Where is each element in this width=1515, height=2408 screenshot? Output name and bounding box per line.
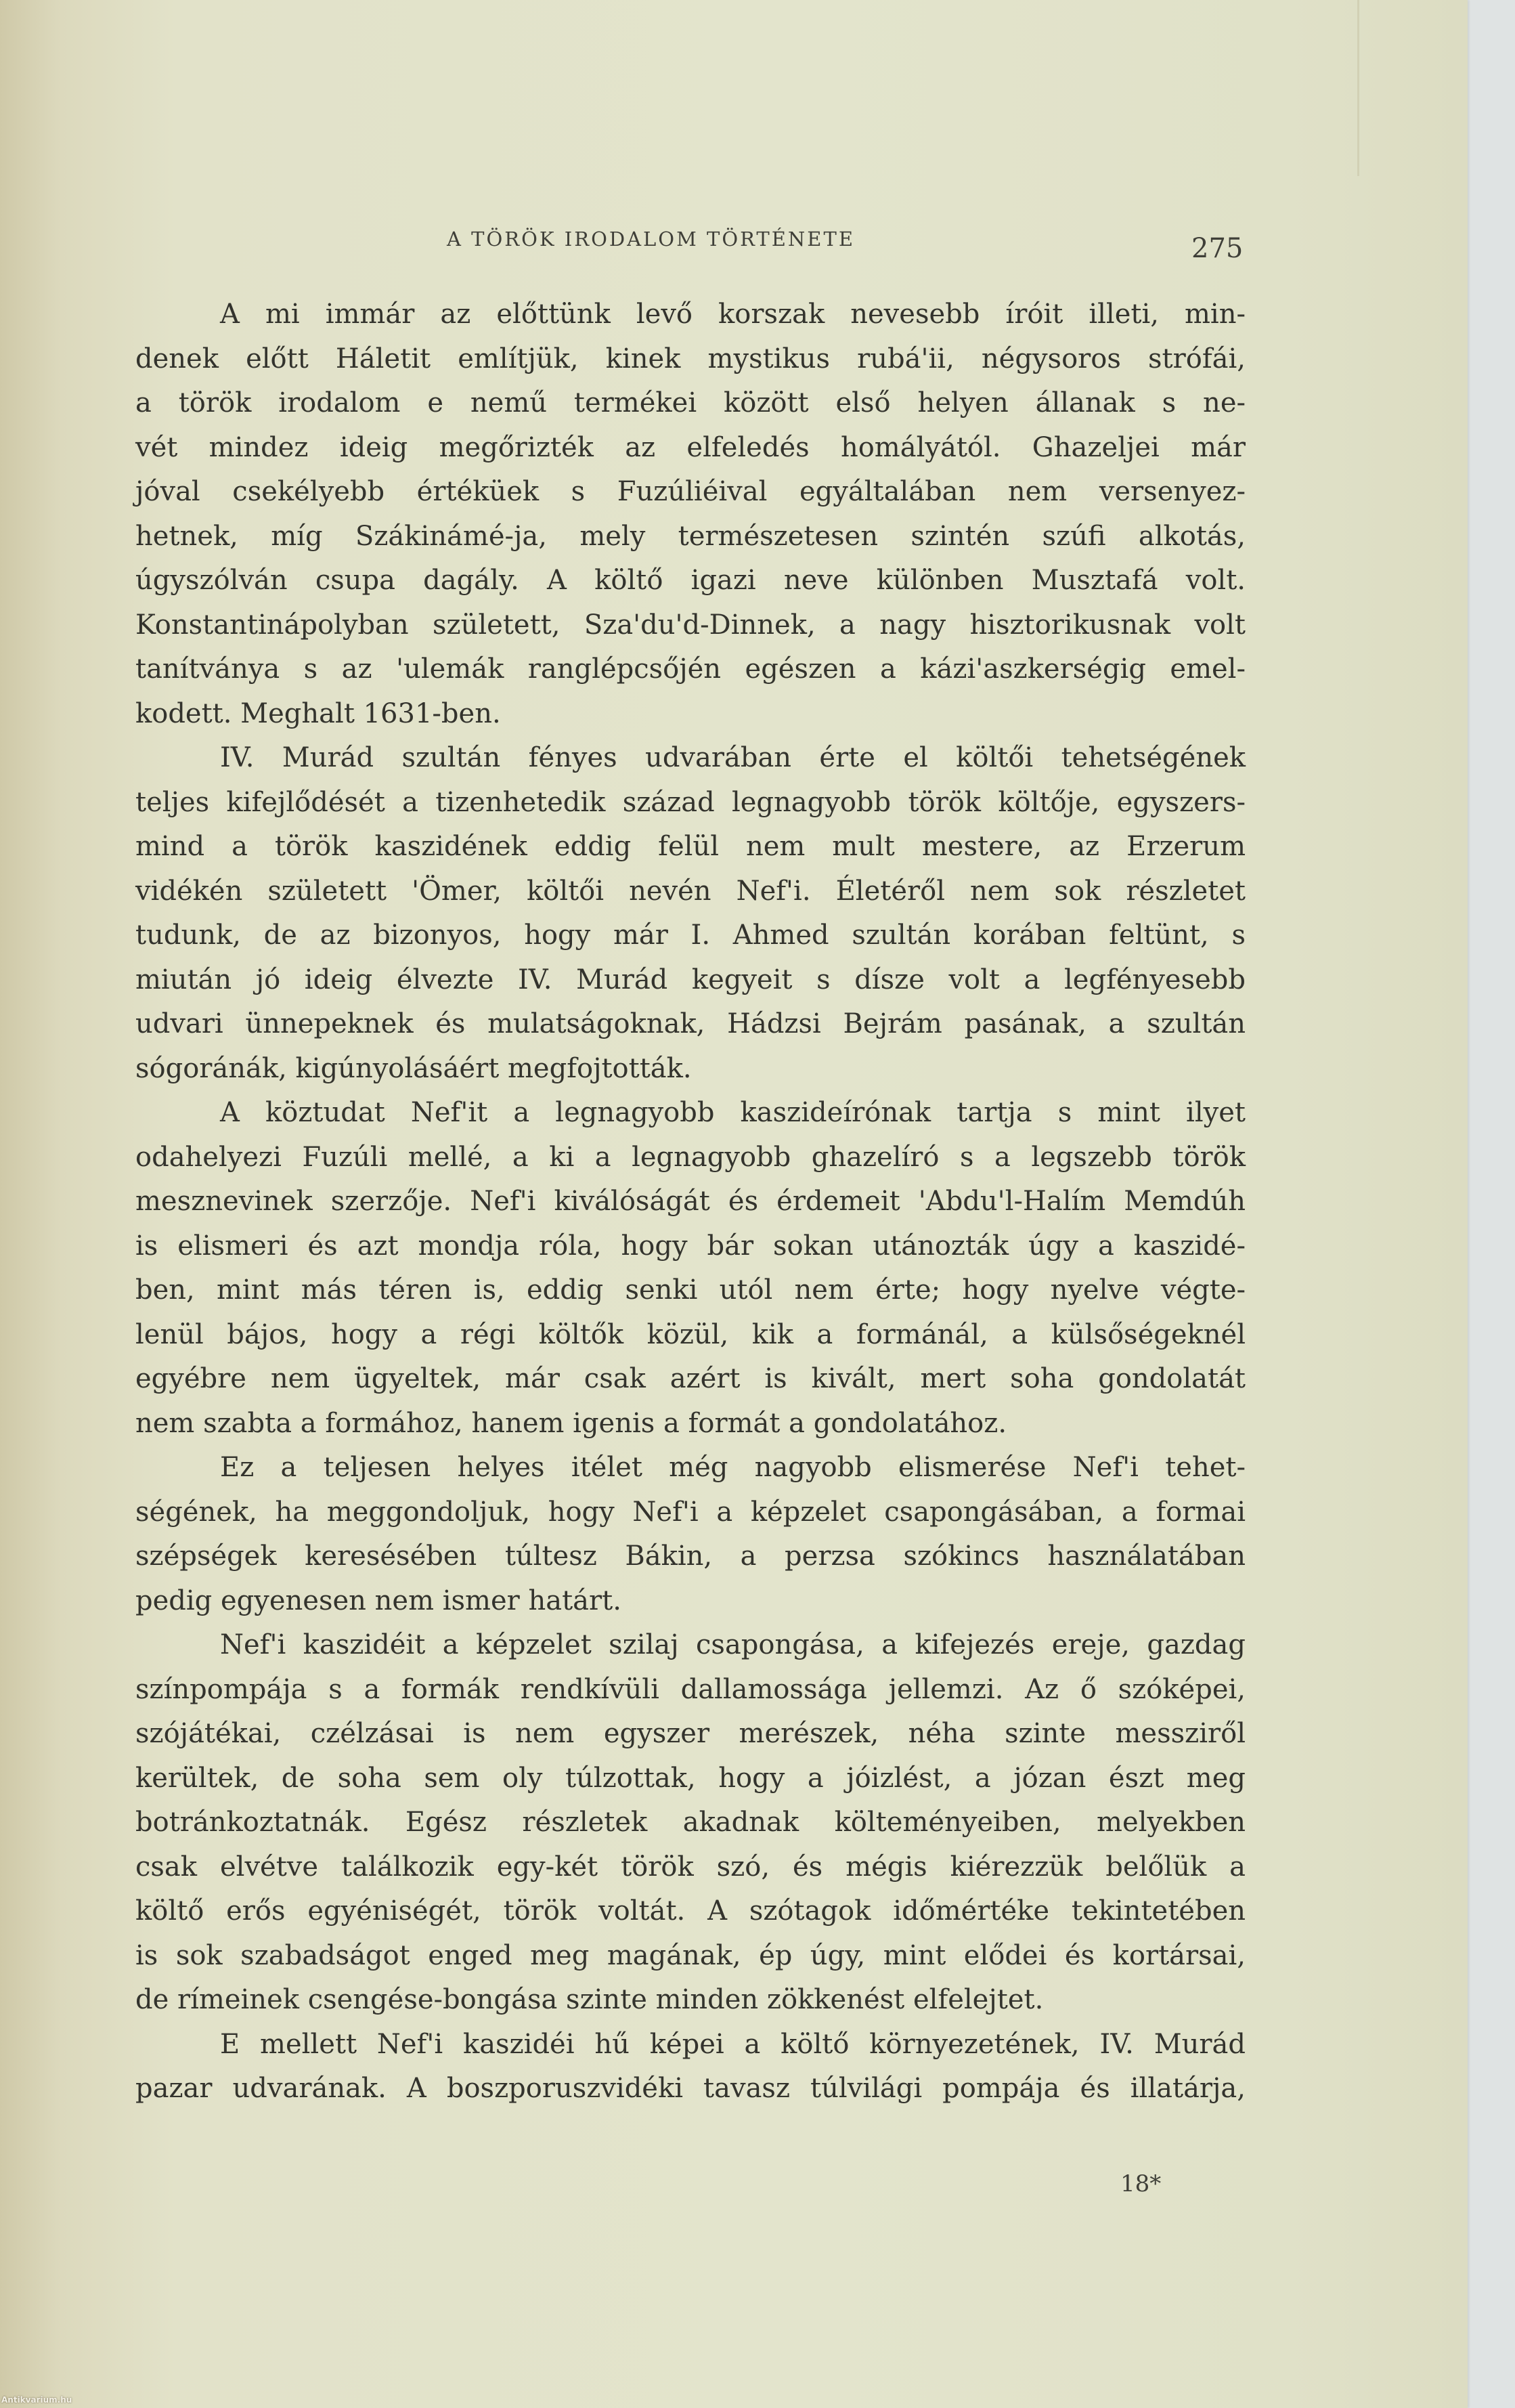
text-line: sógoránák, kigúnyolásáért megfojtották. — [135, 1047, 1246, 1092]
text-line: jóval csekélyebb értéküek s Fuzúliéival … — [135, 470, 1246, 515]
text-line: mind a török kaszidének eddig felül nem … — [135, 825, 1246, 869]
text-line: botránkoztatnák. Egész részletek akadnak… — [135, 1801, 1246, 1845]
text-line: ségének, ha meggondoljuk, hogy Nef'i a k… — [135, 1490, 1246, 1535]
text-line: nem szabta a formához, hanem igenis a fo… — [135, 1402, 1246, 1446]
text-line: tanítványa s az 'ulemák ranglépcsőjén eg… — [135, 647, 1246, 692]
text-line: szépségek keresésében túltesz Bákin, a p… — [135, 1534, 1246, 1579]
text-line: udvari ünnepeknek és mulatságoknak, Hádz… — [135, 1002, 1246, 1047]
text-line: A mi immár az előttünk levő korszak neve… — [135, 293, 1246, 337]
text-line: egyébre nem ügyeltek, már csak azért is … — [135, 1357, 1246, 1402]
text-line: miután jó ideig élvezte IV. Murád kegyei… — [135, 958, 1246, 1003]
text-line: vét mindez ideig megőrizték az elfeledés… — [135, 426, 1246, 471]
text-line: odahelyezi Fuzúli mellé, a ki a legnagyo… — [135, 1136, 1246, 1180]
paragraph: A köztudat Nef'it a legnagyobb kaszideír… — [135, 1091, 1246, 1446]
text-line: IV. Murád szultán fényes udvarában érte … — [135, 736, 1246, 781]
running-title: A TÖRÖK IRODALOM TÖRTÉNETE — [447, 228, 855, 251]
text-line: hetnek, míg Szákinámé-ja, mely természet… — [135, 515, 1246, 559]
text-line: kodett. Meghalt 1631-ben. — [135, 692, 1246, 737]
text-line: denek előtt Hále­tit említjük, kinek mys… — [135, 337, 1246, 382]
text-line: mesznevinek szerzője. Nef'i kiválóságát … — [135, 1180, 1246, 1224]
text-line: Konstantinápolyban született, Sza'du'd-D… — [135, 603, 1246, 648]
text-line: teljes kifejlődését a tizenhetedik száza… — [135, 781, 1246, 825]
body-text: A mi immár az előttünk levő korszak neve… — [135, 293, 1246, 2111]
text-line: a török irodalom e nemű termékei között … — [135, 381, 1246, 426]
text-line: is sok szabadságot enged meg magának, ép… — [135, 1934, 1246, 1979]
text-line: vidékén született 'Ömer, költői nevén Ne… — [135, 869, 1246, 914]
text-line: költő erős egyéniségét, török voltát. A … — [135, 1889, 1246, 1934]
text-line: pedig egyenesen nem ismer határt. — [135, 1579, 1246, 1624]
text-line: Ez a teljesen helyes itélet még nagyobb … — [135, 1446, 1246, 1490]
text-line: de rímeinek csengése-bongása szinte mind… — [135, 1978, 1246, 2023]
paragraph: Nef'i kaszidéit a képzelet szilaj csapon… — [135, 1623, 1246, 2023]
text-line: úgyszólván csupa dagály. A költő igazi n… — [135, 559, 1246, 603]
paragraph: Ez a teljesen helyes itélet még nagyobb … — [135, 1446, 1246, 1623]
paragraph: A mi immár az előttünk levő korszak neve… — [135, 293, 1246, 736]
text-line: A köztudat Nef'it a legnagyobb kaszideír… — [135, 1091, 1246, 1136]
text-line: szójátékai, czélzásai is nem egyszer mer… — [135, 1712, 1246, 1757]
signature-mark: 18* — [1120, 2170, 1161, 2197]
text-line: is elismeri és azt mondja róla, hogy bár… — [135, 1224, 1246, 1269]
watermark: Antikvarium.hu — [1, 2395, 72, 2405]
text-line: lenül bájos, hogy a régi költők közül, k… — [135, 1313, 1246, 1358]
text-line: pazar udvarának. A boszporuszvidéki tava… — [135, 2067, 1246, 2111]
text-line: csak elvétve találkozik egy-két török sz… — [135, 1845, 1246, 1890]
text-line: ben, mint más téren is, eddig senki utól… — [135, 1268, 1246, 1313]
text-line: tudunk, de az bizonyos, hogy már I. Ahme… — [135, 913, 1246, 958]
book-page: A TÖRÖK IRODALOM TÖRTÉNETE 275 A mi immá… — [0, 0, 1468, 2408]
paragraph: E mellett Nef'i kaszidéi hű képei a költ… — [135, 2023, 1246, 2111]
text-line: E mellett Nef'i kaszidéi hű képei a költ… — [135, 2023, 1246, 2067]
paragraph: IV. Murád szultán fényes udvarában érte … — [135, 736, 1246, 1091]
text-line: kerültek, de soha sem oly túlzottak, hog… — [135, 1757, 1246, 1801]
page-number: 275 — [1191, 233, 1243, 264]
text-line: színpompája s a formák rendkívüli dallam… — [135, 1668, 1246, 1713]
text-line: Nef'i kaszidéit a képzelet szilaj csapon… — [135, 1623, 1246, 1668]
